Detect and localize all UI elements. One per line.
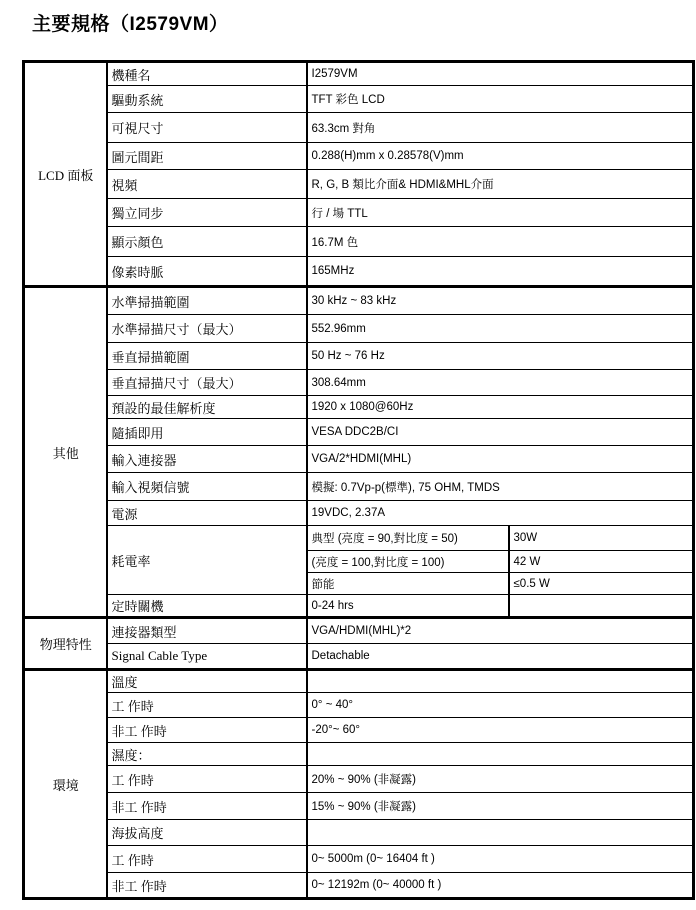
spec-value-cell: 19VDC, 2.37A <box>307 501 694 526</box>
spec-label-cell: 可視尺寸 <box>107 113 307 143</box>
spec-value-cell: 行 / 場 TTL <box>307 199 694 227</box>
spec-value-cell: 0.288(H)mm x 0.28578(V)mm <box>307 143 694 170</box>
table-row: 視頻 R, G, B 類比介面& HDMI&MHL介面 <box>24 170 694 199</box>
table-row: 工 作時 0° ~ 40° <box>24 693 694 718</box>
spec-label-cell: 連接器類型 <box>107 618 307 644</box>
spec-label-cell: 垂直掃描尺寸（最大） <box>107 370 307 396</box>
spec-value-cell: 165MHz <box>307 257 694 287</box>
table-row: 濕度： <box>24 743 694 766</box>
table-row: 獨立同步 行 / 場 TTL <box>24 199 694 227</box>
page-title: 主要規格（I2579VM） <box>0 0 696 36</box>
table-row: 耗電率 典型 (亮度 = 90,對比度 = 50) 30W <box>24 526 694 551</box>
spec-label-cell: 垂直掃描範圍 <box>107 343 307 370</box>
spec-label-cell: 非工 作時 <box>107 718 307 743</box>
spec-value-cell: VGA/2*HDMI(MHL) <box>307 446 694 473</box>
spec-label-cell: 水準掃描範圍 <box>107 287 307 315</box>
group-cell-environment: 環境 <box>24 670 107 899</box>
spec-value-cell: 0-24 hrs <box>307 595 509 618</box>
spec-label-cell: 圖元間距 <box>107 143 307 170</box>
spec-value-cell: 0° ~ 40° <box>307 693 694 718</box>
spec-label-cell: 顯示顏色 <box>107 227 307 257</box>
table-row: 工 作時 20% ~ 90% (非凝露) <box>24 766 694 793</box>
spec-value-empty-cell <box>509 595 694 618</box>
spec-value-cell: 552.96mm <box>307 315 694 343</box>
group-cell-other: 其他 <box>24 287 107 618</box>
spec-value-cell: 308.64mm <box>307 370 694 396</box>
spec-value-cell: TFT 彩色 LCD <box>307 86 694 113</box>
spec-label-cell: 預設的最佳解析度 <box>107 396 307 419</box>
spec-label-cell: 非工 作時 <box>107 793 307 820</box>
table-row: 垂直掃描範圍 50 Hz ~ 76 Hz <box>24 343 694 370</box>
spec-value-cell: 0~ 5000m (0~ 16404 ft ) <box>307 846 694 873</box>
spec-label-cell: 輸入連接器 <box>107 446 307 473</box>
table-row: 像素時脈 165MHz <box>24 257 694 287</box>
spec-value-cell: I2579VM <box>307 62 694 86</box>
power-condition-cell: 節能 <box>307 573 509 595</box>
spec-label-cell: 水準掃描尺寸（最大） <box>107 315 307 343</box>
spec-table: LCD 面板 機種名 I2579VM 驅動系統 TFT 彩色 LCD 可視尺寸 … <box>22 60 695 900</box>
spec-page: 主要規格（I2579VM） LCD 面板 機種名 I2579VM 驅動系統 TF… <box>0 0 696 910</box>
power-value-cell: 42 W <box>509 551 694 573</box>
spec-value-cell: VGA/HDMI(MHL)*2 <box>307 618 694 644</box>
spec-value-cell <box>307 820 694 846</box>
spec-value-cell: 50 Hz ~ 76 Hz <box>307 343 694 370</box>
power-consumption-label-cell: 耗電率 <box>107 526 307 595</box>
spec-value-cell: 63.3cm 對角 <box>307 113 694 143</box>
spec-value-cell: 0~ 12192m (0~ 40000 ft ) <box>307 873 694 899</box>
power-value-cell: ≤0.5 W <box>509 573 694 595</box>
table-row: 非工 作時 0~ 12192m (0~ 40000 ft ) <box>24 873 694 899</box>
spec-label-cell: Signal Cable Type <box>107 644 307 670</box>
spec-label-cell: 工 作時 <box>107 766 307 793</box>
table-row: 非工 作時 -20°~ 60° <box>24 718 694 743</box>
group-cell-physical: 物理特性 <box>24 618 107 670</box>
table-row: 可視尺寸 63.3cm 對角 <box>24 113 694 143</box>
table-row: LCD 面板 機種名 I2579VM <box>24 62 694 86</box>
table-row: 海拔高度 <box>24 820 694 846</box>
group-cell-lcd-panel: LCD 面板 <box>24 62 107 287</box>
spec-value-cell: -20°~ 60° <box>307 718 694 743</box>
spec-value-cell: 1920 x 1080@60Hz <box>307 396 694 419</box>
spec-value-cell <box>307 743 694 766</box>
spec-value-cell: 16.7M 色 <box>307 227 694 257</box>
spec-label-cell: 工 作時 <box>107 693 307 718</box>
spec-label-cell: 電源 <box>107 501 307 526</box>
spec-label-cell: 濕度： <box>107 743 307 766</box>
table-row: 環境 溫度 <box>24 670 694 693</box>
power-condition-cell: 典型 (亮度 = 90,對比度 = 50) <box>307 526 509 551</box>
spec-value-cell: VESA DDC2B/CI <box>307 419 694 446</box>
power-value-cell: 30W <box>509 526 694 551</box>
spec-value-cell: 20% ~ 90% (非凝露) <box>307 766 694 793</box>
spec-label-cell: 驅動系統 <box>107 86 307 113</box>
table-row: Signal Cable Type Detachable <box>24 644 694 670</box>
table-row: 輸入視頻信號 模擬: 0.7Vp-p(標準), 75 OHM, TMDS <box>24 473 694 501</box>
table-row: 圖元間距 0.288(H)mm x 0.28578(V)mm <box>24 143 694 170</box>
power-condition-cell: (亮度 = 100,對比度 = 100) <box>307 551 509 573</box>
spec-label-cell: 工 作時 <box>107 846 307 873</box>
table-row: 垂直掃描尺寸（最大） 308.64mm <box>24 370 694 396</box>
table-row: 定時關機 0-24 hrs <box>24 595 694 618</box>
table-row: 預設的最佳解析度 1920 x 1080@60Hz <box>24 396 694 419</box>
spec-label-cell: 機種名 <box>107 62 307 86</box>
table-row: 輸入連接器 VGA/2*HDMI(MHL) <box>24 446 694 473</box>
spec-label-cell: 隨插即用 <box>107 419 307 446</box>
table-row: 隨插即用 VESA DDC2B/CI <box>24 419 694 446</box>
table-row: 非工 作時 15% ~ 90% (非凝露) <box>24 793 694 820</box>
spec-label-cell: 海拔高度 <box>107 820 307 846</box>
table-row: 水準掃描尺寸（最大） 552.96mm <box>24 315 694 343</box>
spec-value-cell: 30 kHz ~ 83 kHz <box>307 287 694 315</box>
spec-value-cell: Detachable <box>307 644 694 670</box>
spec-value-cell <box>307 670 694 693</box>
spec-label-cell: 非工 作時 <box>107 873 307 899</box>
table-row: 驅動系統 TFT 彩色 LCD <box>24 86 694 113</box>
table-row: 顯示顏色 16.7M 色 <box>24 227 694 257</box>
spec-label-cell: 像素時脈 <box>107 257 307 287</box>
spec-label-cell: 溫度 <box>107 670 307 693</box>
spec-label-cell: 視頻 <box>107 170 307 199</box>
spec-value-cell: R, G, B 類比介面& HDMI&MHL介面 <box>307 170 694 199</box>
spec-value-cell: 15% ~ 90% (非凝露) <box>307 793 694 820</box>
table-row: 電源 19VDC, 2.37A <box>24 501 694 526</box>
table-row: 工 作時 0~ 5000m (0~ 16404 ft ) <box>24 846 694 873</box>
table-row: 其他 水準掃描範圍 30 kHz ~ 83 kHz <box>24 287 694 315</box>
spec-label-cell: 定時關機 <box>107 595 307 618</box>
spec-value-cell: 模擬: 0.7Vp-p(標準), 75 OHM, TMDS <box>307 473 694 501</box>
table-row: 物理特性 連接器類型 VGA/HDMI(MHL)*2 <box>24 618 694 644</box>
spec-label-cell: 輸入視頻信號 <box>107 473 307 501</box>
spec-label-cell: 獨立同步 <box>107 199 307 227</box>
